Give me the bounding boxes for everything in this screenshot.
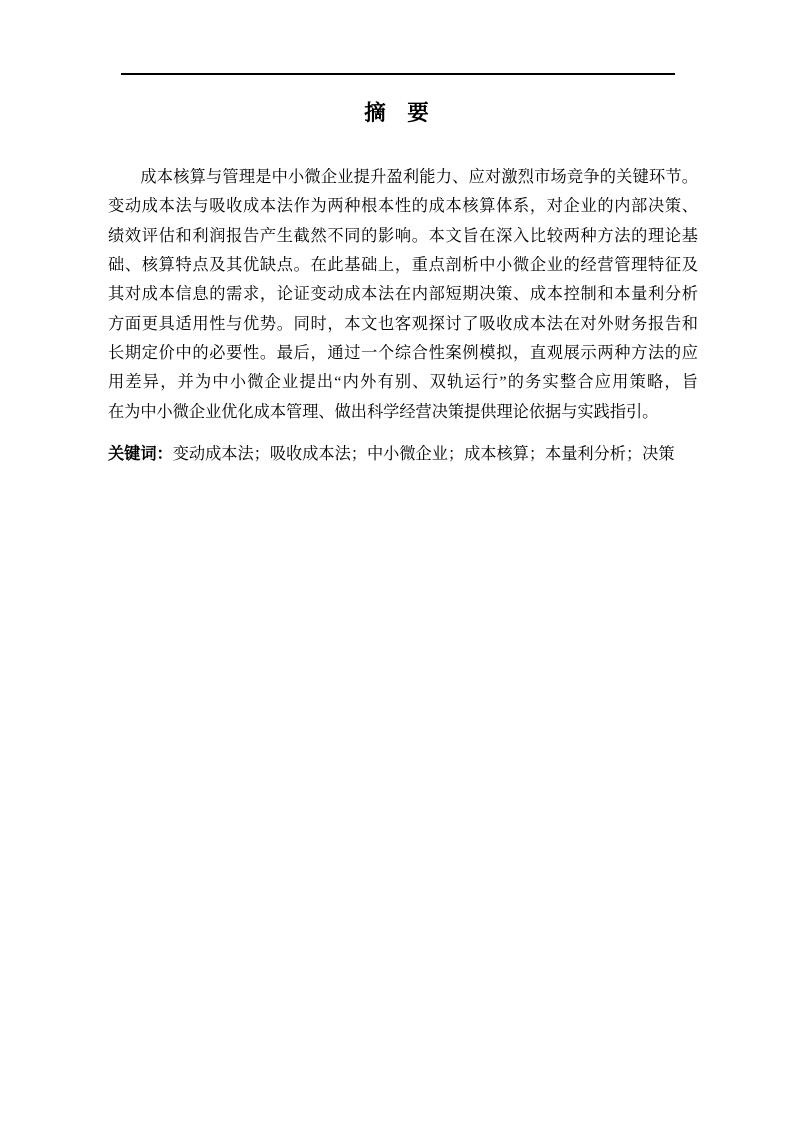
document-page: 摘 要 成本核算与管理是中小微企业提升盈利能力、应对激烈市场竞争的关键环节。 变… [0, 0, 793, 1122]
page-title: 摘 要 [0, 101, 793, 125]
abstract-line: 变动成本法与吸收成本法作为两种根本性的成本核算体系，对企业的内部决策、 [108, 192, 698, 221]
abstract-line: 其对成本信息的需求，论证变动成本法在内部短期决策、成本控制和本量利分析 [108, 280, 698, 309]
abstract-line: 绩效评估和利润报告产生截然不同的影响。本文旨在深入比较两种方法的理论基 [108, 222, 698, 251]
keywords-text: 变动成本法；吸收成本法；中小微企业；成本核算；本量利分析；决策 [173, 445, 675, 463]
abstract-line: 用差异，并为中小微企业提出“内外有别、双轨运行”的务实整合应用策略，旨 [108, 368, 698, 397]
header-divider-rule [121, 73, 675, 75]
abstract-line: 长期定价中的必要性。最后，通过一个综合性案例模拟，直观展示两种方法的应 [108, 339, 698, 368]
abstract-line: 础、核算特点及其优缺点。在此基础上，重点剖析中小微企业的经营管理特征及 [108, 251, 698, 280]
keywords-label: 关键词： [108, 445, 173, 463]
abstract-line: 方面更具适用性与优势。同时，本文也客观探讨了吸收成本法在对外财务报告和 [108, 310, 698, 339]
abstract-paragraph: 成本核算与管理是中小微企业提升盈利能力、应对激烈市场竞争的关键环节。 变动成本法… [108, 163, 698, 469]
abstract-line: 成本核算与管理是中小微企业提升盈利能力、应对激烈市场竞争的关键环节。 [108, 163, 698, 192]
keywords-line: 关键词：变动成本法；吸收成本法；中小微企业；成本核算；本量利分析；决策 [108, 440, 698, 469]
abstract-line: 在为中小微企业优化成本管理、做出科学经营决策提供理论依据与实践指引。 [108, 398, 698, 427]
